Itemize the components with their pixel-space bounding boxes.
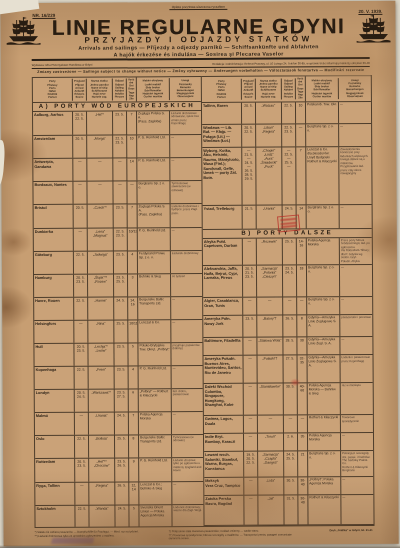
days-header: Ilość dniDníDaysTageNapZile [296, 76, 306, 101]
publisher-left: Wydawca: Izba Przemysłowo-Handlowa w Gdy… [32, 62, 93, 66]
ship-cell: „Regina” [89, 483, 115, 505]
port-cell: Oslo [35, 436, 75, 458]
arrival-cell: 23. 5. [243, 316, 257, 337]
ship-cell: „Rozewie” [257, 238, 283, 265]
departure-cell: 25. 5. [114, 320, 128, 342]
days-cell: — [127, 181, 137, 203]
departure-cell: 23. 5. 24. 5. [283, 265, 297, 296]
ship-cell: „Lechja”* „Lwów” [88, 344, 114, 366]
remarks-cell: — [171, 320, 202, 342]
port-cell: Tallinn, Baren [202, 102, 242, 123]
ship-header: Nazwa statkuJméno parníkuName of shipSch… [87, 79, 113, 101]
ship-cell: „Hel”** „Chorzów” [89, 459, 115, 482]
broker-cell: P. G. Reinhold Ltd. [137, 135, 170, 157]
remarks-cell: Ładunki i pasażerowie przez Kopenhagę [341, 355, 373, 382]
broker-cell: Bergtrans Sp. z o. o. [307, 265, 340, 296]
days-cell: 10 [296, 102, 306, 123]
ship-cell: — [258, 416, 284, 433]
broker-cell: Polska Agencja Morska [307, 238, 340, 265]
port-cell: Windawa — Lib. Bał. — Kłajp. — Połąga (L… [202, 124, 242, 146]
broker-header: Makler okrętowyLodní makléřShip brokerSc… [306, 78, 339, 100]
arrival-cell: — [244, 416, 258, 433]
port-cell: Hull [34, 344, 74, 366]
departure-cell: 2. 6. [284, 433, 298, 450]
ship-cell: „Urania” [89, 413, 115, 435]
ship-cell: „Watzau” [256, 102, 282, 123]
arrival-cell: — [75, 413, 89, 435]
red-stamp [277, 214, 300, 232]
departure-cell: 24. 5. [115, 412, 129, 434]
poster-sheet: Opłata pocztowa uiszczona ryczałtem NR. … [0, 1, 398, 546]
ship-cell: „Czech”* [88, 205, 114, 228]
table-row: Londyn20. 5. 24. 5.„Warszawa”*23. 5. 27.… [35, 389, 203, 413]
table-row: Aleksandria, Jaffa, Haifa, Bejrut, Cypr,… [203, 265, 372, 298]
table-row: Meksyk Vera Cruz, Tampico—„Lida”30. 5.30… [204, 477, 373, 496]
departure-cell: 30. 5. [284, 477, 298, 494]
ship-cell: „Pułaski”† [258, 356, 284, 383]
remarks-cell: co tydzień [171, 274, 202, 296]
arrival-cell: 20. 5. 23. 5. [74, 344, 88, 366]
departure-cell: 22. 5. [282, 102, 296, 123]
port-cell: Wyborg, Kotka, Åbo, Helsinki, Raumo, Män… [202, 147, 242, 204]
days-cell: 30 [297, 337, 307, 354]
port-cell: Ryga, Tallinn [35, 483, 75, 505]
remarks-cell: raz w miesiącu [341, 383, 373, 414]
table-row: Sztokholm22. 5.„Wanda”24. 5.5Svenska Ori… [35, 505, 203, 528]
broker-cell: Polska Agencja Morska [308, 433, 341, 450]
ship-cell: „Bollsta” [89, 436, 115, 458]
arrival-cell: — [244, 496, 258, 525]
remarks-cell: Towarowe sporadycznie [341, 415, 373, 432]
departure-cell: — 22. 5. — 25. 5. — [282, 147, 296, 204]
port-cell: Zatoka Perska Basra, Bagdad [204, 496, 244, 525]
remarks-cell: Zawiadomienia konieczne przy ładunkach w… [339, 147, 371, 204]
remarks-cell: — [172, 366, 203, 388]
remarks-header: UwagiPoznámkyRemarksBemerkungenMegjegyzé… [170, 78, 201, 100]
arrival-cell: — [244, 478, 258, 495]
broker-cell: „Polbryt”; Polska Agencja Morska [308, 477, 341, 494]
days-cell: 7 [127, 111, 137, 134]
departure-cell: 23. 5. [115, 366, 129, 388]
broker-cell: Żegluga Polska S. A. (Pass. Zagłoba) [137, 111, 170, 134]
broker-cell: Bergenske Baltic Transports Ltd. [138, 297, 171, 319]
broker-cell: Polskarob. Tow. Okr. [306, 102, 339, 123]
table-right-half: PortyPřístavyPortsHäfenKikötőkPorturiPrz… [202, 75, 375, 527]
remarks-cell: Tymczasowo (w odnowie) [172, 435, 203, 457]
ship-cell: „Sarmacja” „Czapla” „Ganges” [258, 452, 284, 477]
remarks-cell: ład. drobn., pasażerowie [172, 389, 203, 411]
departure-cell: 23. 5. 27. 5. [115, 389, 129, 411]
days-cell: 40-60 [298, 383, 308, 414]
days-cell: 4 [129, 366, 139, 388]
arrival-cell: 20. 5. 24. 5. [75, 390, 89, 412]
broker-cell: Bergtrans Sp. z o. o. [307, 205, 340, 228]
remarks-header: UwagiPoznámkyRemarksBemerkungenMegjegyzé… [339, 78, 371, 100]
days-cell: 14-16 [297, 238, 307, 264]
ship-cell: „Sarmacja” „Polonia” „Cieszyn” [257, 266, 283, 297]
table-row: Indie Bryt. Bombay, Karaczi—„Toruń”2. 6.… [204, 433, 373, 452]
departure-cell: 22. 5. 23. 5. [114, 228, 128, 250]
departure-cell: 23. 5. [113, 111, 127, 134]
table-row: Windawa — Lib. Bał. — Kłajp. — Połąga (L… [202, 124, 371, 148]
ship-cell: „Lena” „Magnus” [88, 229, 114, 251]
departure-cell: 28. 5. [283, 337, 297, 354]
table-row: Baltimore, Filadelfia—„Stalowa Wola”28. … [203, 337, 372, 356]
ship-header: Nazwa statkuJméno parníkuName of shipSch… [256, 78, 282, 100]
departure-cell: 26. 5. [115, 482, 129, 504]
purple-stamp [51, 538, 94, 544]
port-cell: Ameryka Półn. Nowy Jork [203, 316, 243, 337]
departure-cell: 23. 5. [114, 251, 128, 273]
print-credit: Druk „Grafika” w Gdyni, tel. 21-21 [303, 529, 373, 540]
ship-cell: — [87, 182, 113, 204]
ship-cell: „Lida” [258, 478, 284, 495]
arrival-cell: 20. 5. 21. 5. 23. 5. [243, 266, 257, 297]
remarks-cell: Ładunek drobnicowy; ważne dla Zagł. Węgl… [172, 505, 203, 527]
departure-header: OdjazdOdjezdSailingAbfahrtIndulásPlecare [113, 79, 127, 100]
ship-cell: „Hel”* [87, 112, 113, 135]
days-cell: 7 [129, 412, 139, 434]
port-cell: Göteborg [34, 252, 74, 274]
broker-cell: Behnke & Sieg [138, 274, 171, 296]
broker-cell: Rothert & Kiłaczycki [308, 495, 341, 524]
table-row: Ameryka Półn. Nowy Jork23. 5.„Batory”†26… [203, 315, 372, 338]
days-cell: 14, 16 [128, 297, 138, 319]
port-cell: Londyn [35, 390, 75, 412]
broker-cell: P. G. Reinhold Ltd. [138, 228, 171, 250]
broker-header: Makler okrętowyLodní makléřShip brokerSc… [137, 78, 170, 100]
port-cell: Algier, Casablanca, Oran, Tunis [203, 298, 243, 315]
arrival-cell: — [243, 298, 257, 315]
arrival-cell: 22. 5. [75, 367, 89, 389]
days-cell: 14 [127, 158, 137, 180]
remarks-cell: — [340, 297, 372, 314]
table-row: Ryga, Tallinn—„Regina”26. 5.12, 14Lencza… [35, 482, 203, 506]
arrival-cell: — [74, 229, 88, 251]
port-cell: Ameryka Połudn. Buenos Aires, Montevideo… [204, 356, 244, 383]
port-cell: Aleksandria, Jaffa, Haifa, Bejrut, Cypr,… [203, 266, 243, 297]
departure-cell: 26. 5. [283, 315, 297, 336]
broker-cell: Lenczat & Co. [138, 320, 171, 342]
departure-cell: — [284, 415, 298, 432]
broker-cell: „Polbryt” — Rothert & Kiłaczycki [139, 389, 172, 411]
broker-cell: Bergtrans Sp. z o. o. [137, 181, 170, 203]
days-cell: 7 [296, 147, 306, 204]
broker-cell: Polsko-Brytyjskie Tow. Okręt. „Polbryt” [138, 343, 171, 365]
port-cell: Kopenhaga [35, 367, 75, 389]
ship-cell: „Stalowa Wola” [257, 338, 283, 355]
ship-cell: „Jał” [258, 496, 284, 525]
remarks-cell: Tymczasowo zawieszone (w odnowie) [170, 181, 201, 203]
remarks-cell: — [341, 495, 373, 524]
remarks-cell: — [171, 297, 202, 319]
port-cell: Gwinea, Lagos, Duala [204, 416, 244, 433]
ship-cell: „Warszawa”* [89, 390, 115, 412]
table-row: Rotterdam20. 5. 23. 5.„Hel”** „Chorzów”2… [35, 458, 203, 483]
arrival-cell: — [74, 321, 88, 343]
table-row: Havre, Rouen22. 5.„Hanne”24. 5.14, 16Ber… [34, 297, 202, 321]
departure-cell: 31. 5. [284, 495, 298, 524]
remarks-cell: — [340, 205, 372, 228]
remarks-cell: — [339, 102, 371, 123]
ship-cell: „Jadwiga” [88, 252, 114, 274]
ship-cell: „Frem” [89, 367, 115, 389]
broker-cell: Svenska Orient Linien — Polska Agencja M… [139, 505, 172, 527]
ship-cell: „Toruń” [258, 434, 284, 451]
broker-cell: Gdynia—Ameryka Linie Żeglugowe S. A. [307, 315, 340, 336]
departure-cell: — [113, 158, 127, 180]
arrival-cell: — [75, 483, 89, 505]
days-cell: 7 [128, 204, 138, 227]
ship-cell: „Liban” „Regina” [256, 124, 282, 146]
days-cell: 10 [127, 135, 137, 157]
ship-cell: „Śląsk”** „Rozew” [88, 275, 114, 297]
arrival-cell: 20. 5. 23. 5. [74, 275, 88, 297]
departure-cell: 23. 5. [114, 204, 128, 227]
days-cell: 10/11 [128, 320, 138, 342]
table-row: Hamburg20. 5. 23. 5.„Śląsk”** „Rozew”23.… [34, 274, 202, 298]
days-cell: 5 [129, 505, 139, 527]
arrival-cell: 20. 5. 22. 5. [242, 124, 256, 146]
arrival-cell: 20. 5. [73, 136, 87, 158]
table-row: Dunkierka—„Lena” „Magnus”22. 5. 23. 5.10… [34, 228, 202, 252]
remarks-cell: pasażerskie i pocztowe [340, 315, 372, 336]
arrival-cell: — [243, 338, 257, 355]
port-cell: Daleki Wschód Colombo, Singapore, Hongko… [204, 384, 244, 415]
table-row: Daleki Wschód Colombo, Singapore, Hongko… [204, 383, 373, 416]
port-cell: Hamburg [34, 275, 74, 297]
port-cell: Malmö [35, 413, 75, 435]
days-cell: 30-40 [298, 495, 308, 524]
ship-cell: „Nina” [88, 321, 114, 343]
days-cell: 18 [297, 265, 307, 296]
departure-cell: 23. 5. [114, 343, 128, 365]
remarks-cell: Ładunki drobnicowe i bydlęce; przez Zagł… [171, 204, 202, 227]
port-cell: Aalborg, Aarhus [33, 112, 73, 135]
broker-cell: Lenczat & Co. dla pasażerów: Lloyd Bydgo… [306, 147, 339, 204]
masthead: Opłata pocztowa uiszczona ryczałtem NR. … [6, 3, 390, 58]
departure-cell: — [113, 181, 127, 203]
table-header-row: PortyPřístavyPortsHäfenKikötőkPorturiPrz… [33, 77, 201, 103]
broker-cell: P. G. Reinhold Ltd. [139, 458, 172, 481]
broker-cell: Bergenske Baltic Transports Ltd. [139, 435, 172, 457]
departure-header: OdjazdOdjezdSailingAbfahrtIndulásPlecare [282, 78, 296, 99]
broker-cell: P. G. Reinhold Ltd. [139, 366, 172, 388]
broker-cell: Rothert & Kiłaczycki [308, 415, 341, 432]
table-row: Lewant wsch. Saloniki, Stambuł, Warna, B… [204, 451, 373, 478]
table-left-half: PortyPřístavyPortsHäfenKikötőkPorturiPrz… [32, 76, 205, 528]
departure-cell: 25. 5. [283, 238, 297, 264]
ship-cell: „Morga” [87, 136, 113, 158]
arrival-cell: — [244, 384, 258, 415]
broker-cell: P. G. Reinhold Ltd. [137, 158, 170, 180]
remarks-cell: przyjmuje pasażerów (kabiny) [171, 343, 202, 365]
departure-cell: 24. 5. 25. 5. [284, 451, 298, 476]
departure-cell: — [283, 297, 297, 314]
arrival-cell: 19. 5. 20. 5. 22. 5. [244, 452, 258, 477]
arrival-cell: — [244, 434, 258, 451]
broker-cell: Bergtrans Sp. z o. o. [308, 451, 341, 476]
remarks-cell: — [172, 412, 203, 434]
port-cell: Bristol [34, 205, 74, 228]
arrival-cell: 22. 5. [75, 506, 89, 528]
days-cell: 30-40 [298, 477, 308, 494]
arrival-cell: — [73, 159, 87, 181]
port-cell: Bordeaux, Nantes [33, 182, 73, 204]
days-cell: 3 [128, 274, 138, 296]
days-cell: 5 [128, 343, 138, 365]
table-row: Wyborg, Kotka, Åbo, Helsinki, Raumo, Män… [202, 147, 371, 206]
departure-cell: 25. 5. [115, 435, 129, 457]
port-cell: Meksyk Vera Cruz, Tampico [204, 478, 244, 495]
departure-cell: 24. 5. [115, 505, 129, 527]
remarks-cell: Ładunek drobnicowy [171, 251, 202, 273]
departure-cell: 23. 5. 25. 5. [114, 274, 128, 296]
scanned-poster: Opłata pocztowa uiszczona ryczałtem NR. … [0, 0, 400, 548]
broker-cell: Lenczat & Co.; Behnke & Sieg [139, 482, 172, 504]
departure-cell: 30. 5. [284, 383, 298, 414]
port-cell: Dunkierka [34, 229, 74, 251]
remarks-cell: Ładunki zbożowe tylko po zgłoszeniu u ma… [172, 458, 203, 481]
days-cell: — [298, 415, 308, 432]
arrival-header: PrzyjazdPříjezdArrivalAnkunftÉrkezésSosi… [242, 78, 256, 99]
arrival-cell: 22. 5. [74, 252, 88, 274]
broker-cell: Żegluga Polska S. A. (Pass. Zagłoba) [138, 204, 171, 227]
remarks-cell: — [340, 337, 372, 354]
days-cell: 21 [298, 451, 308, 476]
days-cell: 35 [298, 433, 308, 450]
remarks-cell: — [170, 135, 201, 157]
table-row: Bristol20. 5.„Czech”*23. 5.7Żegluga Pols… [34, 204, 202, 229]
days-cell: 8 [129, 435, 139, 457]
ship-cell: „Stanisławów” [258, 384, 284, 415]
arrival-cell: 20. 5. [242, 102, 256, 123]
table-row: Gwinea, Lagos, Duala————Rothert & Kiłacz… [204, 415, 373, 434]
arrival-cell: — [243, 238, 257, 264]
arrival-header: PrzyjazdPříjezdArrivalAnkunftÉrkezésSosi… [73, 79, 87, 100]
table-row: Malmö—„Urania”24. 5.7Polska Agencja Mors… [35, 412, 203, 436]
days-cell: 6 [129, 389, 139, 411]
red-mark [290, 378, 301, 386]
port-cell: Rotterdam [35, 459, 75, 482]
departure-cell: 24. 5. [114, 297, 128, 319]
table-row: Hull20. 5. 23. 5.„Lechja”* „Lwów”23. 5.5… [34, 343, 202, 367]
port-cell: Havre, Rouen [34, 298, 74, 320]
port-cell: Baltimore, Filadelfia [203, 338, 243, 355]
days-cell: — [297, 297, 307, 314]
days-cell: 9 [129, 458, 139, 481]
departure-cell: 23. 5. 26. 5. [115, 458, 129, 481]
port-cell: Indie Bryt. Bombay, Karaczi [204, 434, 244, 451]
departure-cell: 22. 5. 23. 5. [113, 135, 127, 157]
port-header: PortyPřístavyPortsHäfenKikötőkPorturi [202, 78, 242, 100]
broker-cell: Bergtrans Sp. z o. o. [306, 124, 339, 146]
port-cell: Lewant wsch. Saloniki, Stambuł, Warna, B… [204, 452, 244, 477]
change-notice: Zmiany zastrzeżone — Sailings subject to… [32, 68, 370, 74]
table-row: Algier, Casablanca, Oran, Tunis————Bergt… [203, 297, 372, 316]
ship-cell: „Chopin” „Łódź” „Aura” „Śniadecki” „Puck… [256, 147, 282, 204]
remarks-cell: — [341, 477, 373, 494]
table-row: Helsingfors—„Nina”25. 5.10/11Lenczat & C… [34, 320, 202, 344]
footnote: ††) Towarowe sporadycznie; bliższe szcze… [169, 533, 297, 541]
table-row: Kopenhaga22. 5.„Frem”23. 5.4P. G. Reinho… [35, 366, 203, 390]
days-cell: 4 [128, 251, 138, 273]
schedule-table: PortyPřístavyPortsHäfenKikötőkPorturiPrz… [32, 75, 375, 528]
arrival-cell: 21. 5. [243, 205, 257, 228]
port-cell: Amsterdam [33, 136, 73, 158]
table-row: Amsterdam20. 5.„Morga”22. 5. 23. 5.10P. … [33, 135, 201, 159]
ship-cell: „Wanda” [89, 506, 115, 528]
arrival-cell: 20. 5. [74, 205, 88, 228]
arrival-cell: 22. 5. [74, 298, 88, 320]
remarks-cell: — [339, 124, 371, 146]
days-cell: 12, 14 [129, 482, 139, 504]
port-cell: Ystad, Trelleborg [203, 205, 243, 228]
remarks-cell: — [340, 265, 372, 296]
ship-cell: „Batory”† [257, 316, 283, 337]
remarks-cell: Ładunki drobnicowe odnawiane, także bez … [170, 111, 201, 134]
departure-cell: 22. 5. 23. 5. [282, 124, 296, 146]
days-header: Ilość dniDníDaysTageNapZile [127, 77, 137, 102]
table-header-row: PortyPřístavyPortsHäfenKikötőkPorturiPrz… [202, 76, 371, 103]
table-row: Afryka Połd. Capetown, Durban—„Rozewie”2… [203, 238, 372, 266]
days-cell: 10/12 [128, 228, 138, 250]
table-row: Bordeaux, Nantes————Bergtrans Sp. z o. o… [33, 181, 201, 205]
table-row: Ameryka Połudn. Buenos Aires, Montevideo… [204, 355, 373, 384]
arrival-cell: 20. 5. 22. 5. [73, 112, 87, 135]
remarks-cell: Przez porty Morza Śródziemnego; ład. po … [340, 238, 372, 265]
table-row: Oslo22. 5.„Bollsta”25. 5.8Bergenske Balt… [35, 435, 203, 459]
broker-cell: Gdynia—Ameryka Linie Żeglugowe S. A. [308, 355, 341, 382]
remarks-cell: — [172, 482, 203, 504]
broker-cell: Gdynia—Ameryka Linie Żegl. S. A. [307, 337, 340, 354]
remarks-cell: — [171, 228, 202, 250]
ship-cell: „Hanne” [88, 298, 114, 320]
days-cell: 32-35 [298, 355, 308, 382]
port-cell: Sztokholm [35, 506, 75, 528]
table-row: Antwerpia, Gandawa———14P. G. Reinhold Lt… [33, 158, 201, 182]
arrival-cell: 20. 5. 23. 5. [75, 459, 89, 482]
remarks-cell: Pełniejsze szczegóły dot. pasaż. i frach… [341, 451, 373, 476]
broker-cell: Polska Agencja Morska — Behnke & Sieg [308, 383, 341, 414]
broker-cell: Polska Agencja Morska [139, 412, 172, 434]
arrival-cell: — 21. 5. — 24. 5. — 26. 5. 28. 5. 29. 5. [242, 147, 256, 204]
arrival-cell: 22. 5. [75, 436, 89, 458]
table-row: Göteborg22. 5.„Jadwiga”23. 5.4Ferdynand … [34, 251, 202, 275]
port-header: PortyPřístavyPortsHäfenKikötőkPorturi [33, 79, 73, 101]
arrival-cell: — [244, 356, 258, 383]
arrival-cell: — [73, 182, 87, 204]
port-cell: Antwerpia, Gandawa [33, 159, 73, 181]
broker-cell: Bergtrans Sp. z o. o. [307, 297, 340, 314]
broker-cell: Ferdynand Prowe Sp. z o. o. [138, 251, 171, 273]
remarks-cell: — [341, 433, 373, 450]
days-cell: — [296, 124, 306, 146]
table-row: Tallinn, Baren20. 5.„Watzau”22. 5.10Pols… [202, 102, 371, 125]
port-cell: Helsingfors [34, 321, 74, 343]
days-cell: 8 [297, 315, 307, 336]
port-cell: Afryka Połd. Capetown, Durban [203, 238, 243, 265]
remarks-cell: — [170, 158, 201, 180]
ship-cell: — [257, 298, 283, 315]
table-row: Zatoka Perska Basra, Bagdad—„Jał”31. 5.3… [204, 495, 373, 526]
ship-cell: — [87, 159, 113, 181]
table-row: Aalborg, Aarhus20. 5. 22. 5.„Hel”*23. 5.… [33, 111, 201, 136]
